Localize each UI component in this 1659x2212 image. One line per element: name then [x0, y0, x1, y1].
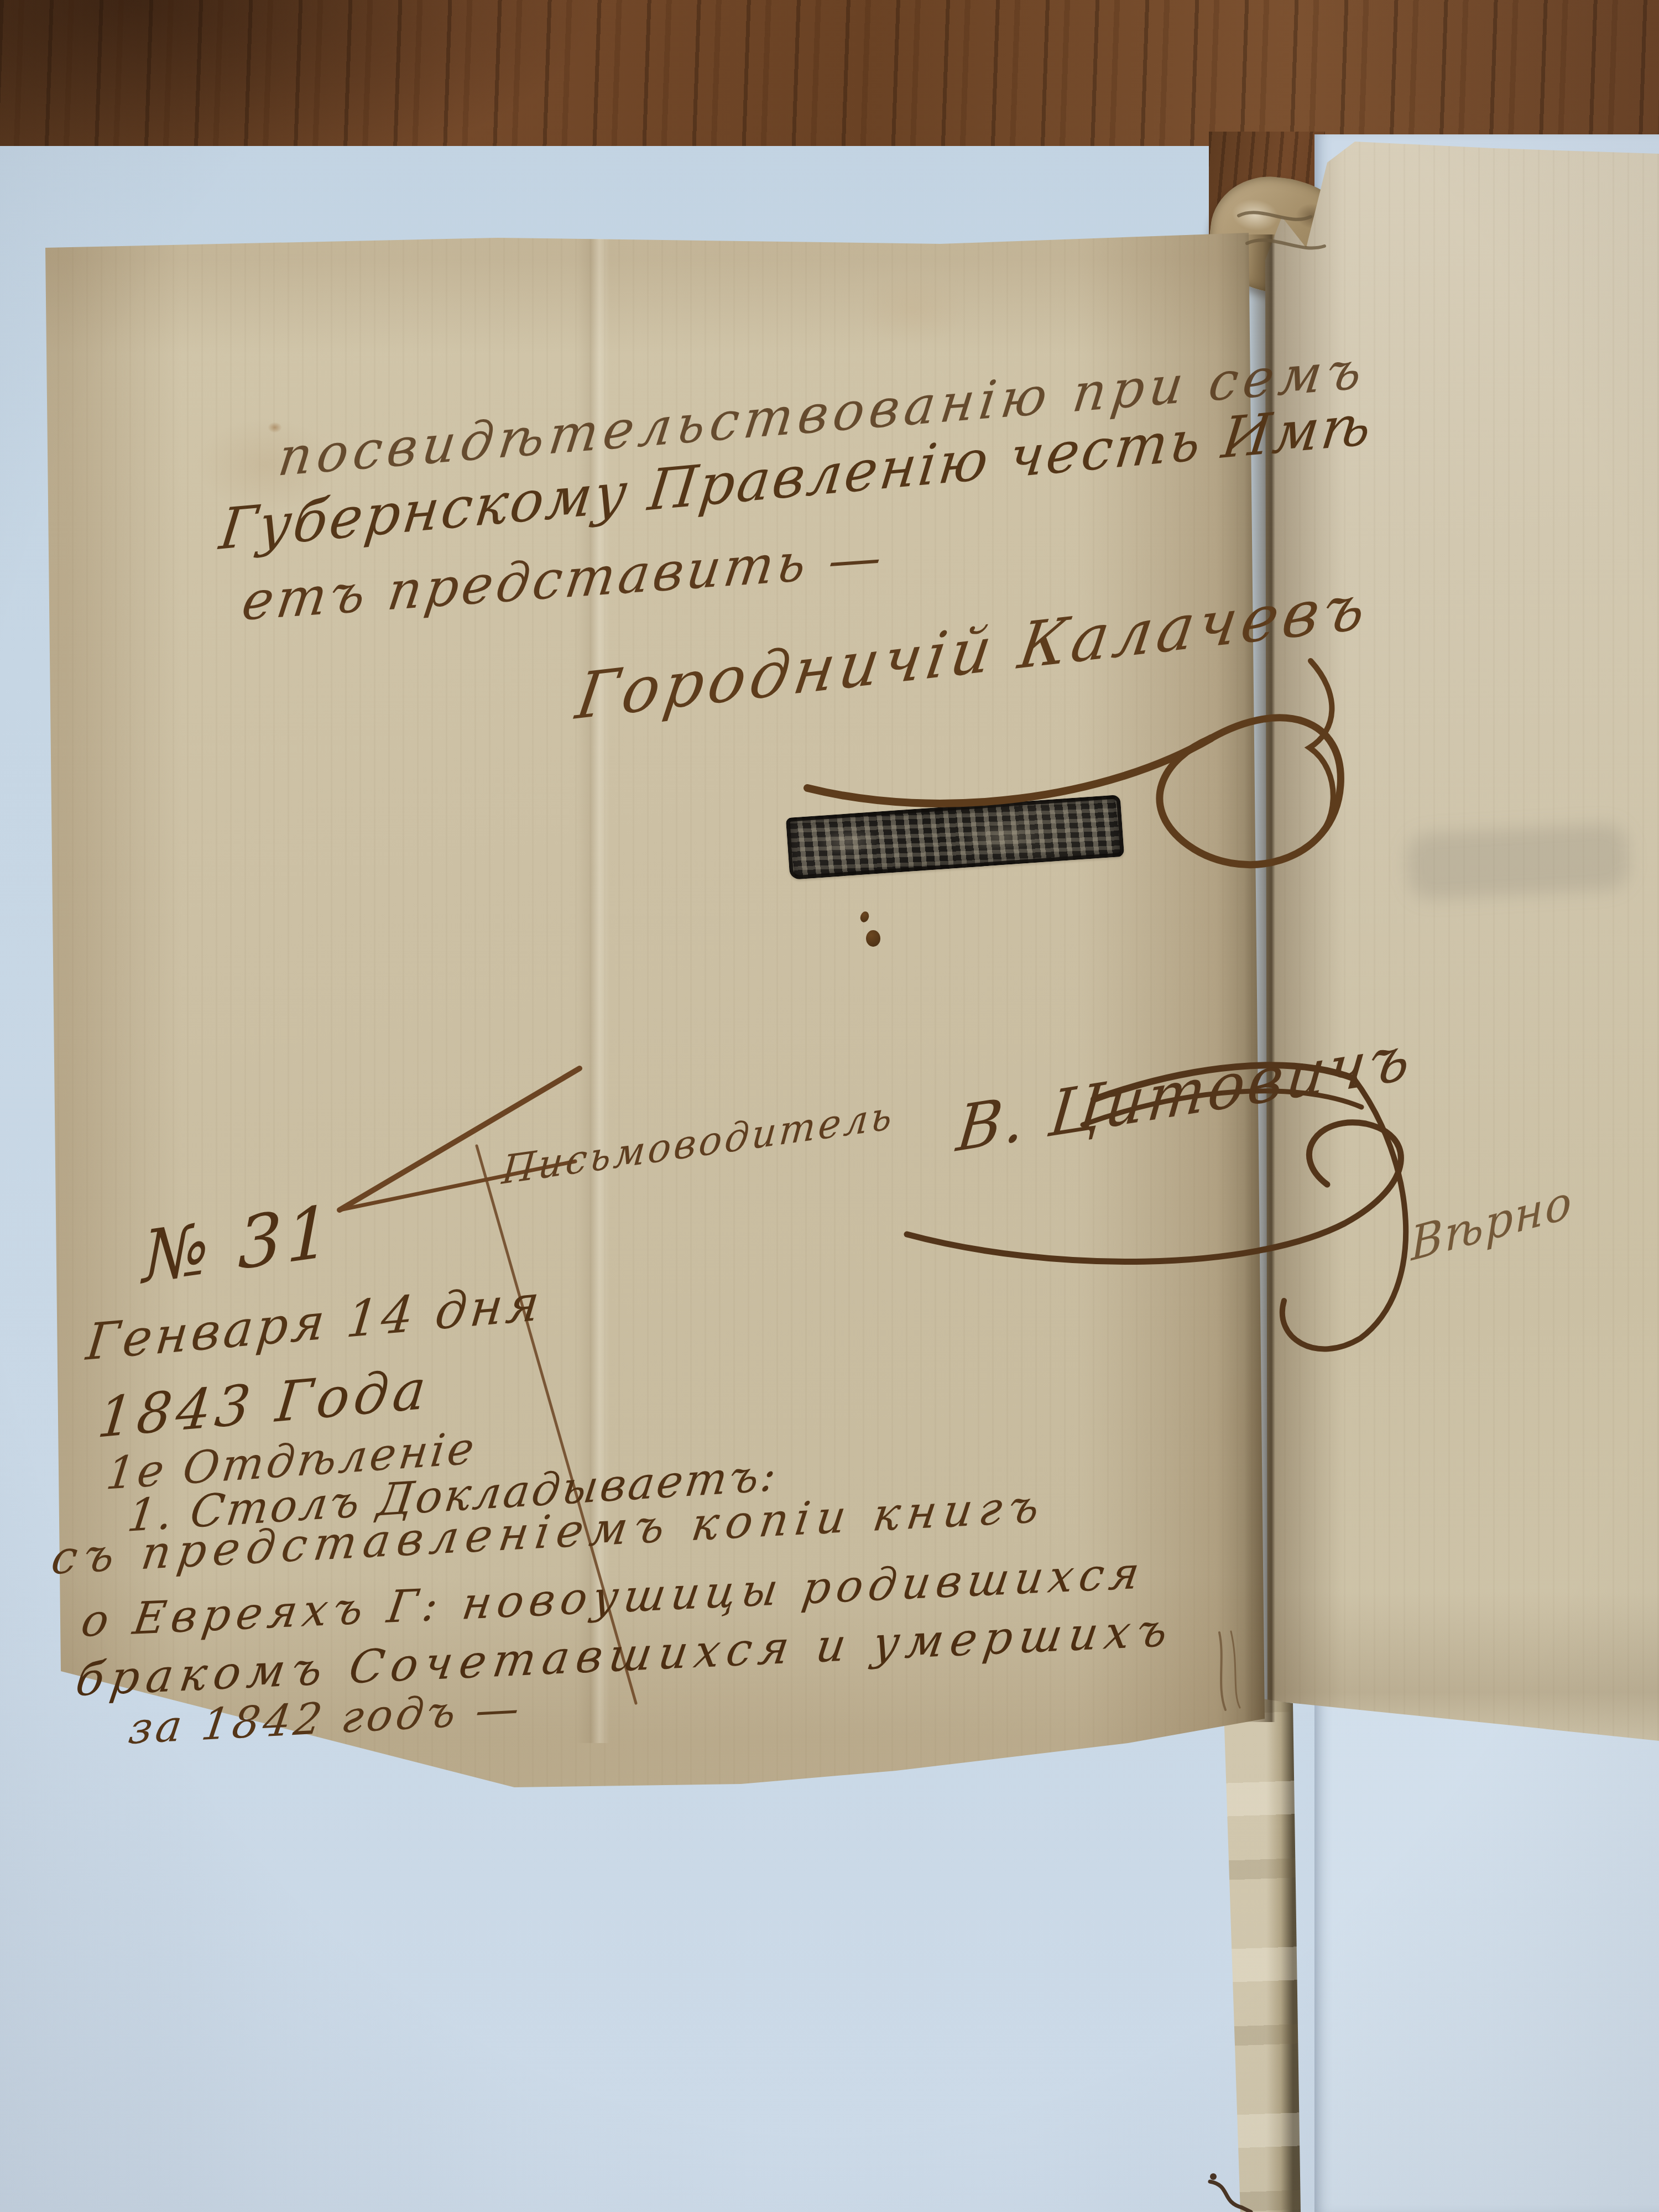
photo-vignette: [0, 0, 1659, 2212]
photo-of-archival-document: посвидѣтельствованію при семъ Губернском…: [0, 0, 1659, 2212]
